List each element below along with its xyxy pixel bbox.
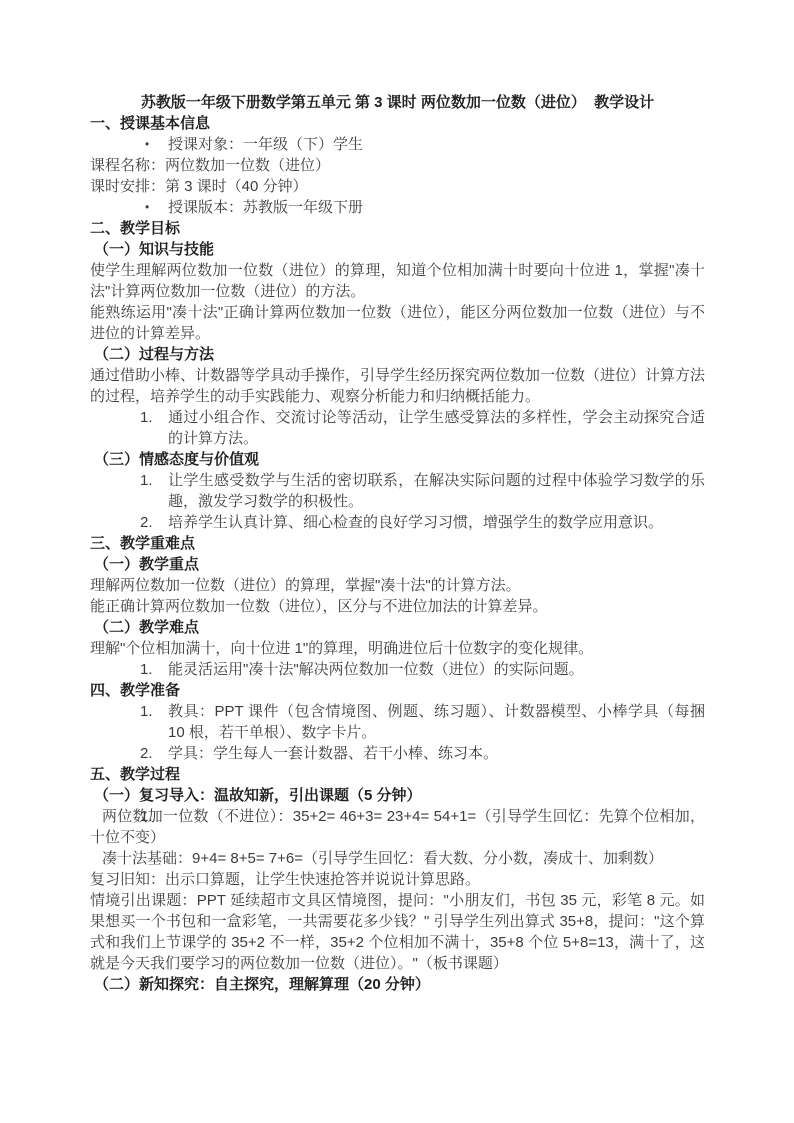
paragraph-make-ten-basis: 凑十法基础：9+4= 8+5= 7+6=（引导学生回忆：看大数、分小数，凑成十、… <box>90 848 705 869</box>
text-run: 理解"个位相加满十，向十位进 1"的算理，明确进位后十位数字的变化规律。 <box>90 640 593 657</box>
document-body: 苏教版一年级下册数学第五单元 第 3 课时 两位数加一位数（进位） 教学设计一、… <box>90 92 705 995</box>
text-run: 三、教学重难点 <box>90 535 195 552</box>
paragraph: 理解"个位相加满十，向十位进 1"的算理，明确进位后十位数字的变化规律。 <box>90 638 705 659</box>
text-run: 四、教学准备 <box>90 682 180 699</box>
numbered-item: 1.能灵活运用"凑十法"解决两位数加一位数（进位）的实际问题。 <box>90 659 705 680</box>
subheading-teaching-difficulty: （二）教学难点 <box>90 617 705 638</box>
paragraph-review-old-knowledge: 复习旧知：出示口算题，让学生快速抢答并说说计算思路。 <box>90 869 705 890</box>
subheading-process-methods: （二）过程与方法 <box>90 344 705 365</box>
paragraph: 使学生理解两位数加一位数（进位）的算理，知道个位相加满十时要向十位进 1，掌握"… <box>90 260 705 302</box>
list-number: 1. <box>140 701 153 722</box>
text-run: 能熟练运用"凑十法"正确计算两位数加一位数（进位），能区分两位数加一位数（进位）… <box>90 304 705 342</box>
bullet-marker: • <box>145 134 149 155</box>
subheading-review-import: （一）复习导入：温故知新，引出课题（5 分钟） <box>90 785 705 806</box>
list-number: 2. <box>140 743 153 764</box>
list-number: 1. <box>140 407 153 428</box>
bullet-marker: • <box>145 197 149 218</box>
heading-section-4-preparation: 四、教学准备 <box>90 680 705 701</box>
subheading-emotion-values: （三）情感态度与价值观 <box>90 449 705 470</box>
text-run: 能灵活运用"凑十法"解决两位数加一位数（进位）的实际问题。 <box>168 661 584 678</box>
paragraph-situation-intro: 情境引出课题：PPT 延续超市文具区情境图，提问："小朋友们，书包 35 元，彩… <box>90 890 705 974</box>
heading-section-1-basic-info: 一、授课基本信息 <box>90 113 705 134</box>
text-run: 理解两位数加一位数（进位）的算理，掌握"凑十法"的计算方法。 <box>90 577 521 594</box>
paragraph-schedule: 课时安排：第 3 课时（40 分钟） <box>90 176 705 197</box>
text-run: 一、授课基本信息 <box>90 115 210 132</box>
subheading-new-knowledge: （二）新知探究：自主探究，理解算理（20 分钟） <box>90 974 705 995</box>
text-run: 学具：学生每人一套计数器、若干小棒、练习本。 <box>168 745 498 762</box>
text-run: 课程名称：两位数加一位数（进位） <box>90 157 330 174</box>
bullet-item-audience: •授课对象：一年级（下）学生 <box>90 134 705 155</box>
heading-section-2-objectives: 二、教学目标 <box>90 218 705 239</box>
text-run: 授课对象：一年级（下）学生 <box>168 136 363 153</box>
text-run: 五、教学过程 <box>90 766 180 783</box>
document-page: 苏教版一年级下册数学第五单元 第 3 课时 两位数加一位数（进位） 教学设计一、… <box>0 0 794 1123</box>
text-run: 苏教版一年级下册数学第五单元 第 3 课时 两位数加一位数（进位） 教学设计 <box>141 94 654 111</box>
text-run: （二）新知探究：自主探究，理解算理（20 分钟） <box>94 976 430 993</box>
text-run: 通过借助小棒、计数器等学具动手操作，引导学生经历探究两位数加一位数（进位）计算方… <box>90 367 705 405</box>
bullet-item-edition: •授课版本：苏教版一年级下册 <box>90 197 705 218</box>
paragraph: 通过借助小棒、计数器等学具动手操作，引导学生经历探究两位数加一位数（进位）计算方… <box>90 365 705 407</box>
list-number: 1. <box>140 470 153 491</box>
paragraph: 能正确计算两位数加一位数（进位），区分与不进位加法的计算差异。 <box>90 596 705 617</box>
text-run: 能正确计算两位数加一位数（进位），区分与不进位加法的计算差异。 <box>90 598 548 615</box>
numbered-item: 1.教具：PPT 课件（包含情境图、例题、练习题）、计数器模型、小棒学具（每捆 … <box>90 701 705 743</box>
text-run: 情境引出课题：PPT 延续超市文具区情境图，提问："小朋友们，书包 35 元，彩… <box>90 892 705 972</box>
text-run: （一）知识与技能 <box>94 241 214 258</box>
paragraph-course-name: 课程名称：两位数加一位数（进位） <box>90 155 705 176</box>
text-run: 课时安排：第 3 课时（40 分钟） <box>90 178 308 195</box>
document-title: 苏教版一年级下册数学第五单元 第 3 课时 两位数加一位数（进位） 教学设计 <box>90 92 705 113</box>
text-run: 让学生感受数学与生活的密切联系，在解决实际问题的过程中体验学习数学的乐趣，激发学… <box>168 472 705 510</box>
text-run: （二）过程与方法 <box>94 346 214 363</box>
numbered-item: 1.让学生感受数学与生活的密切联系，在解决实际问题的过程中体验学习数学的乐趣，激… <box>90 470 705 512</box>
list-number: 1. <box>140 659 153 680</box>
numbered-item: 2.学具：学生每人一套计数器、若干小棒、练习本。 <box>90 743 705 764</box>
paragraph-review-no-carry: 两位数加一位数（不进位）：35+2= 46+3= 23+4= 54+1=（引导学… <box>90 806 705 848</box>
text-run: （三）情感态度与价值观 <box>94 451 259 468</box>
text-run: 使学生理解两位数加一位数（进位）的算理，知道个位相加满十时要向十位进 1，掌握"… <box>90 262 705 300</box>
text-run: 授课版本：苏教版一年级下册 <box>168 199 363 216</box>
heading-section-5-process: 五、教学过程 <box>90 764 705 785</box>
numbered-item: 1.通过小组合作、交流讨论等活动，让学生感受算法的多样性，学会主动探究合适的计算… <box>90 407 705 449</box>
text-run: 教具：PPT 课件（包含情境图、例题、练习题）、计数器模型、小棒学具（每捆 10… <box>168 703 705 741</box>
subheading-knowledge-skills: （一）知识与技能 <box>90 239 705 260</box>
text-run: 二、教学目标 <box>90 220 180 237</box>
heading-section-3-key-points: 三、教学重难点 <box>90 533 705 554</box>
text-run: 通过小组合作、交流讨论等活动，让学生感受算法的多样性，学会主动探究合适的计算方法… <box>168 409 705 447</box>
list-number: 1. <box>140 806 153 827</box>
text-run: 复习旧知：出示口算题，让学生快速抢答并说说计算思路。 <box>90 871 480 888</box>
text-run: 凑十法基础：9+4= 8+5= 7+6=（引导学生回忆：看大数、分小数，凑成十、… <box>102 850 663 867</box>
text-run: （一）复习导入：温故知新，引出课题（5 分钟） <box>94 787 422 804</box>
text-run: （一）教学重点 <box>94 556 199 573</box>
text-run: 培养学生认真计算、细心检查的良好学习习惯，增强学生的数学应用意识。 <box>168 514 663 531</box>
numbered-item: 2.培养学生认真计算、细心检查的良好学习习惯，增强学生的数学应用意识。 <box>90 512 705 533</box>
list-number: 2. <box>140 512 153 533</box>
text-run: （二）教学难点 <box>94 619 199 636</box>
paragraph: 理解两位数加一位数（进位）的算理，掌握"凑十法"的计算方法。 <box>90 575 705 596</box>
paragraph: 能熟练运用"凑十法"正确计算两位数加一位数（进位），能区分两位数加一位数（进位）… <box>90 302 705 344</box>
subheading-teaching-focus: （一）教学重点 <box>90 554 705 575</box>
text-run: 两位数加一位数（不进位）：35+2= 46+3= 23+4= 54+1=（引导学… <box>90 808 705 846</box>
